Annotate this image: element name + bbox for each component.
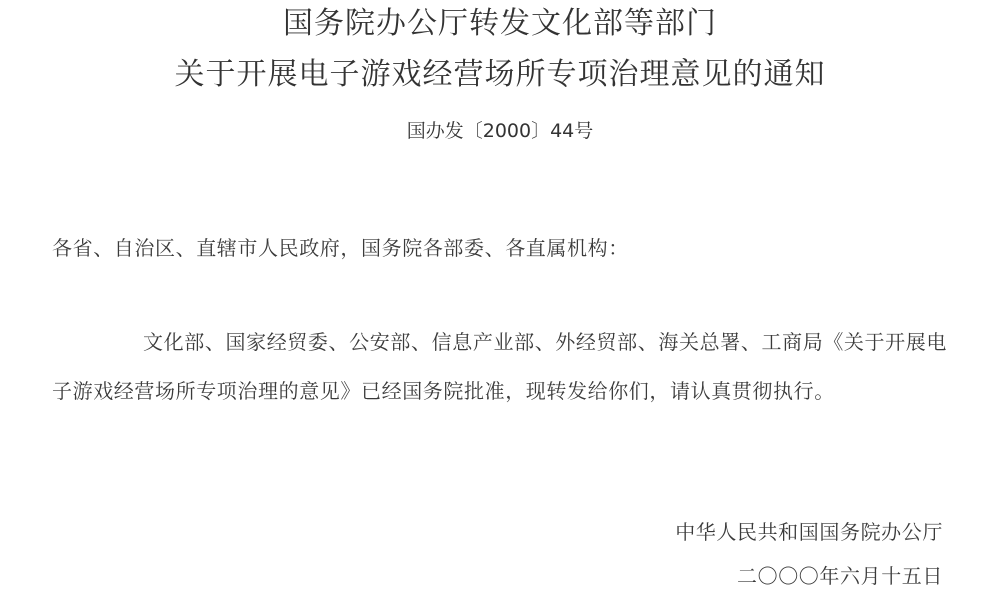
document-title-line-2: 关于开展电子游戏经营场所专项治理意见的通知 [0, 57, 1000, 93]
document-number: 国办发〔2000〕44号 [0, 118, 1000, 144]
body-paragraph: 文化部、国家经贸委、公安部、信息产业部、外经贸部、海关总署、工商局《关于开展电子… [52, 318, 947, 416]
issue-date: 二〇〇〇年六月十五日 [737, 562, 943, 590]
salutation: 各省、自治区、直辖市人民政府，国务院各部委、各直属机构： [52, 234, 629, 262]
issuer-signature: 中华人民共和国国务院办公厅 [675, 518, 943, 546]
document-title-line-1: 国务院办公厅转发文化部等部门 [0, 6, 1000, 42]
